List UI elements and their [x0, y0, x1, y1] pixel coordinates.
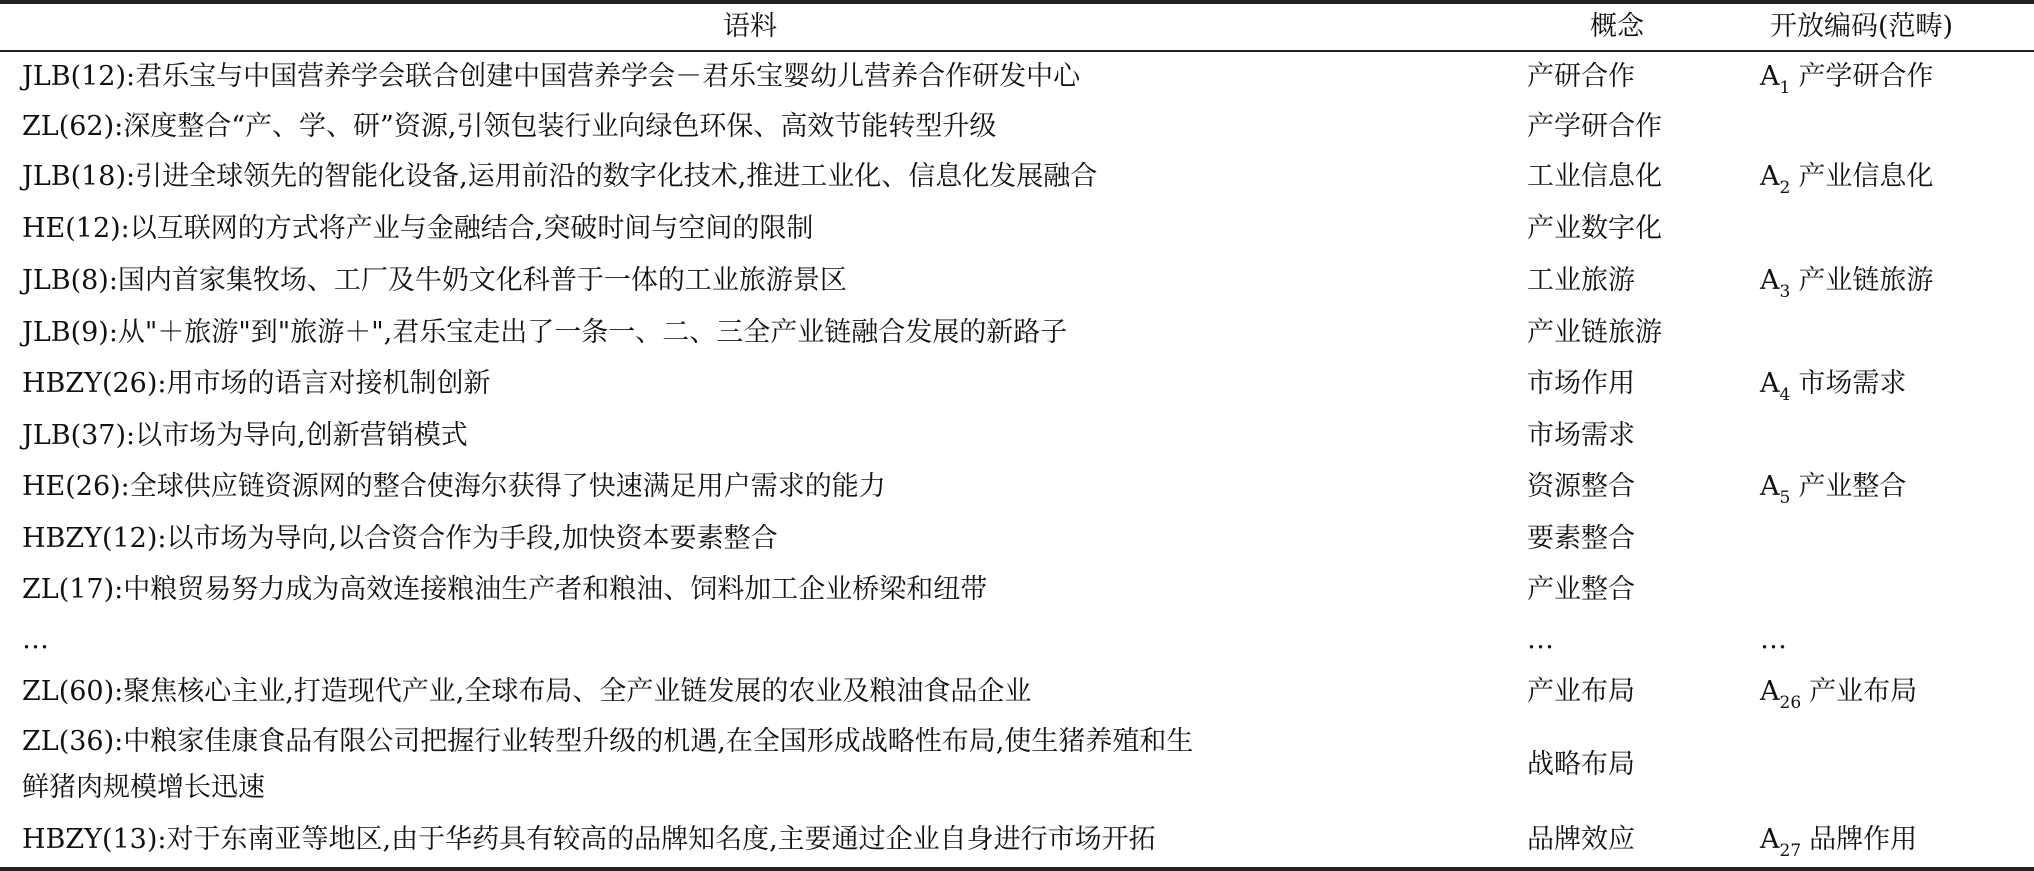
table-bottom-rule	[0, 867, 2034, 871]
code-letter: A	[1760, 471, 1780, 502]
concept-cell: …	[1527, 620, 1554, 660]
corpus-cell: HE(26):全球供应链资源网的整合使海尔获得了快速满足用户需求的能力	[22, 467, 886, 507]
corpus-cell: JLB(37):以市场为导向,创新营销模式	[22, 416, 468, 456]
code-subscript: 2	[1780, 178, 1791, 198]
concept-cell: 产学研合作	[1527, 107, 1662, 147]
code-label: 品牌作用	[1809, 824, 1917, 855]
concept-cell: 要素整合	[1527, 519, 1635, 559]
header-corpus: 语料	[0, 7, 1500, 47]
concept-cell: 产业整合	[1527, 570, 1635, 610]
concept-cell: 战略布局	[1527, 745, 1635, 785]
code-letter: A	[1760, 161, 1780, 192]
corpus-cell: JLB(12):君乐宝与中国营养学会联合创建中国营养学会－君乐宝婴幼儿营养合作研…	[22, 57, 1080, 97]
code-subscript: 3	[1780, 282, 1791, 302]
open-code-cell: A2产业信息化	[1760, 157, 1933, 200]
open-code-cell: A4市场需求	[1760, 364, 1906, 407]
corpus-cell: HBZY(13):对于东南亚等地区,由于华药具有较高的品牌知名度,主要通过企业自…	[22, 820, 1156, 860]
corpus-cell: HBZY(26):用市场的语言对接机制创新	[22, 364, 491, 404]
code-label: 产学研合作	[1798, 61, 1933, 92]
table-top-rule	[0, 0, 2034, 4]
code-label: 市场需求	[1798, 368, 1906, 399]
corpus-cell: …	[22, 620, 49, 660]
corpus-cell: ZL(17):中粮贸易努力成为高效连接粮油生产者和粮油、饲料加工企业桥梁和纽带	[22, 570, 987, 610]
header-rule	[0, 50, 2034, 52]
code-subscript: 26	[1780, 693, 1802, 713]
concept-cell: 品牌效应	[1527, 820, 1635, 860]
code-subscript: 1	[1780, 78, 1791, 98]
code-subscript: 4	[1780, 385, 1791, 405]
open-code-cell: A1产学研合作	[1760, 57, 1933, 100]
header-concept: 概念	[1590, 7, 1644, 47]
concept-cell: 产业数字化	[1527, 209, 1662, 249]
corpus-cell: HBZY(12):以市场为导向,以合资合作为手段,加快资本要素整合	[22, 519, 778, 559]
code-letter: A	[1760, 61, 1780, 92]
open-code-cell: A3产业链旅游	[1760, 261, 1933, 304]
header-open-code: 开放编码(范畴)	[1770, 7, 1953, 47]
corpus-cell: HE(12):以互联网的方式将产业与金融结合,突破时间与空间的限制	[22, 209, 813, 249]
code-label: 产业链旅游	[1798, 265, 1933, 296]
code-label: 产业信息化	[1798, 161, 1933, 192]
code-subscript: 27	[1780, 841, 1802, 861]
concept-cell: 工业信息化	[1527, 157, 1662, 197]
open-code-cell: A5产业整合	[1760, 467, 1906, 510]
code-label: 产业布局	[1809, 676, 1917, 707]
corpus-cell: ZL(60):聚焦核心主业,打造现代产业,全球布局、全产业链发展的农业及粮油食品…	[22, 672, 1031, 712]
code-subscript: 5	[1780, 488, 1791, 508]
concept-cell: 产业布局	[1527, 672, 1635, 712]
concept-cell: 产业链旅游	[1527, 313, 1662, 353]
corpus-cell-line1: ZL(36):中粮家佳康食品有限公司把握行业转型升级的机遇,在全国形成战略性布局…	[22, 722, 1193, 762]
code-letter: A	[1760, 824, 1780, 855]
code-label: 产业整合	[1798, 471, 1906, 502]
concept-cell: 产研合作	[1527, 57, 1635, 97]
concept-cell: 市场需求	[1527, 416, 1635, 456]
concept-cell: 市场作用	[1527, 364, 1635, 404]
concept-cell: 工业旅游	[1527, 261, 1635, 301]
corpus-cell: JLB(18):引进全球领先的智能化设备,运用前沿的数字化技术,推进工业化、信息…	[22, 157, 1097, 197]
open-code-cell: A26产业布局	[1760, 672, 1917, 715]
corpus-cell: ZL(62):深度整合“产、学、研”资源,引领包装行业向绿色环保、高效节能转型升…	[22, 107, 996, 147]
code-letter: A	[1760, 265, 1780, 296]
corpus-cell-line2: 鲜猪肉规模增长迅速	[22, 768, 265, 808]
code-letter: A	[1760, 676, 1780, 707]
corpus-cell: JLB(8):国内首家集牧场、工厂及牛奶文化科普于一体的工业旅游景区	[22, 261, 847, 301]
open-code-cell: …	[1760, 620, 1787, 660]
open-code-cell: A27品牌作用	[1760, 820, 1917, 863]
code-letter: A	[1760, 368, 1780, 399]
corpus-cell: JLB(9):从"＋旅游"到"旅游＋",君乐宝走出了一条一、二、三全产业链融合发…	[22, 313, 1067, 353]
concept-cell: 资源整合	[1527, 467, 1635, 507]
